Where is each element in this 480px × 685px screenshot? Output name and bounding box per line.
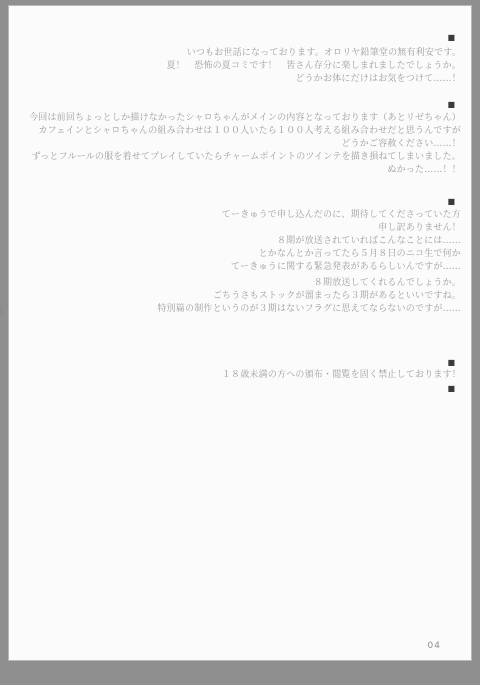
scan-artifact	[0, 306, 7, 317]
content-notes-paragraph: 今回は前回ちょっとしか描けなかったシャロちゃんがメインの内容となっております（あ…	[19, 112, 461, 177]
section-marker-icon: ■	[447, 385, 455, 393]
text-line: ８期放送してくれるんでしょうか。	[19, 277, 461, 290]
apology-paragraph: てーきゅうで申し込んだのに、期待してくださっていた方 申し訳ありません！ ８期が…	[19, 209, 461, 316]
text-line: てーきゅうに関する緊急発表があるらしいんですが……	[19, 261, 461, 274]
text-line: てーきゅうで申し込んだのに、期待してくださっていた方	[19, 209, 461, 222]
text-line: 申し訳ありません！	[19, 222, 461, 235]
text-line: どうかご容赦ください……！	[19, 138, 461, 151]
text-line: ごちうさもストックが溜まったら３期があるといいですね。	[19, 290, 461, 303]
text-line: どうかお体にだけはお気をつけて……！	[19, 73, 461, 86]
text-line: 今回は前回ちょっとしか描けなかったシャロちゃんがメインの内容となっております（あ…	[19, 112, 461, 125]
section-marker-icon: ■	[447, 359, 455, 367]
text-line: ８期が放送されていればこんなことには……	[19, 235, 461, 248]
section-marker-icon: ■	[447, 34, 455, 42]
text-line: カフェインとシャロちゃんの組み合わせは１００人いたら１００人考える組み合わせだと…	[19, 125, 461, 138]
age-restriction-notice: １８歳未満の方への頒布・閲覧を固く禁止しております！	[19, 369, 461, 382]
section-marker-icon: ■	[447, 101, 455, 109]
text-line: 夏！ 恐怖の夏コミです！ 皆さん存分に楽しまれましたでしょうか。	[19, 60, 461, 73]
page-number: 04	[428, 641, 441, 651]
section-marker-icon: ■	[447, 198, 455, 206]
text-line: １８歳未満の方への頒布・閲覧を固く禁止しております！	[19, 369, 461, 382]
text-line: ぬかった……！！	[19, 164, 461, 177]
greeting-paragraph: いつもお世話になっております。オロリヤ鉛筆堂の無有利安です。 夏！ 恐怖の夏コミ…	[19, 47, 461, 86]
text-line: ずっとフルールの服を着せてプレイしていたらチャームポイントのツインテを描き損ねて…	[19, 151, 461, 164]
text-line: 特別篇の制作というのが３期はないフラグに思えてならないのですが……	[19, 303, 461, 316]
scanned-page: ■ いつもお世話になっております。オロリヤ鉛筆堂の無有利安です。 夏！ 恐怖の夏…	[8, 5, 472, 661]
text-line: いつもお世話になっております。オロリヤ鉛筆堂の無有利安です。	[19, 47, 461, 60]
text-line: とかなんとか言ってたら５月８日のニコ生で何か	[19, 248, 461, 261]
